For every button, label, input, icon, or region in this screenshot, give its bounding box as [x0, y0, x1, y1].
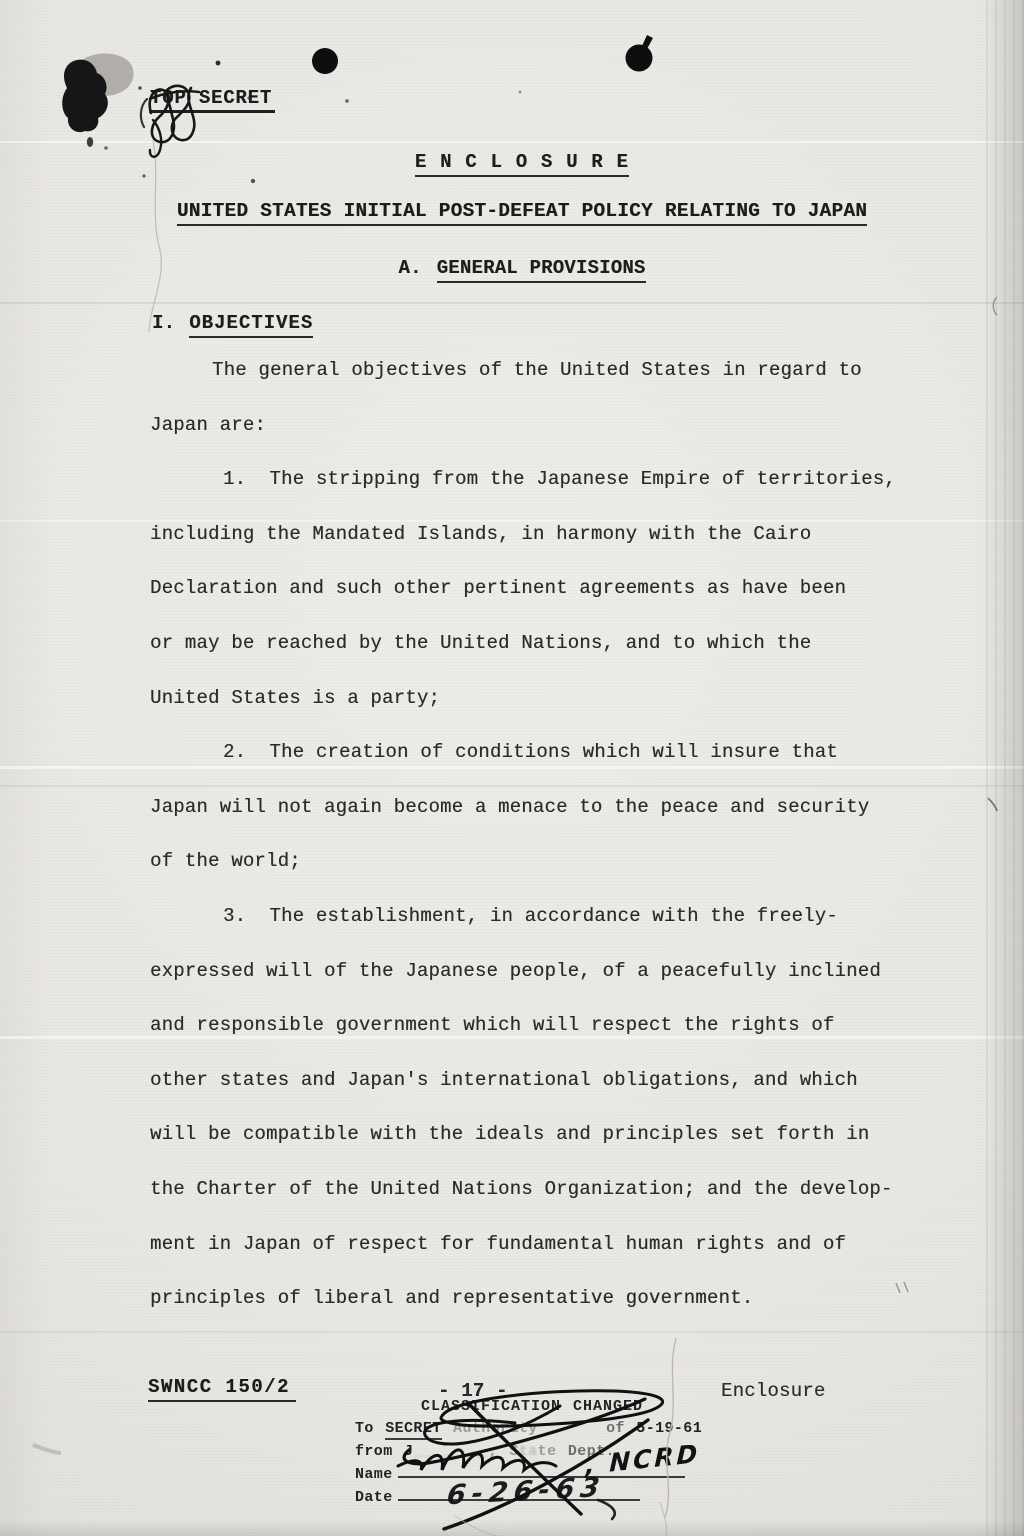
stamp-text-segment: , S: [489, 1443, 519, 1460]
enclosure-heading: E N C L O S U R E: [10, 151, 1024, 173]
enclosure-label: Enclosure: [721, 1380, 825, 1402]
body-line: the Charter of the United Nations Organi…: [150, 1162, 910, 1217]
body-line: and responsible government which will re…: [150, 998, 910, 1053]
right-edge-shadow: [986, 0, 1024, 1536]
stamp-text-segment: ta: [519, 1443, 538, 1460]
hole-punch-nub: [642, 35, 653, 49]
stamp-text-segment: [538, 1420, 606, 1437]
scan-streak: [0, 302, 1024, 304]
section-letter: A.: [398, 257, 421, 279]
body-line: other states and Japan's international o…: [150, 1053, 910, 1108]
section-heading: A.GENERAL PROVISIONS: [10, 257, 1024, 279]
struck-word-top: TOP: [150, 87, 187, 109]
document-number: SWNCC 150/2: [148, 1376, 296, 1402]
stamp-title: CLASSIFICATION CHANGED: [355, 1396, 702, 1418]
stamp-text-segment: 5-19-61: [636, 1420, 702, 1437]
stamp-text-segment: Authority: [442, 1420, 538, 1437]
section-title: GENERAL PROVISIONS: [437, 257, 646, 283]
body-line: or may be reached by the United Nations,…: [150, 616, 910, 671]
stamp-text-segment: SECRET: [385, 1420, 441, 1440]
body-line: 1. The stripping from the Japanese Empir…: [150, 452, 910, 507]
name-label: Name: [355, 1466, 393, 1483]
security-level-label: SECRET: [199, 87, 272, 109]
stamp-text-segment: te: [538, 1443, 568, 1460]
body-line: Japan are:: [150, 398, 910, 453]
ink-blot: [62, 54, 133, 150]
body-line: Declaration and such other pertinent agr…: [150, 561, 910, 616]
scan-streak: [0, 141, 1024, 143]
security-classification-stamp: TOP SECRET: [149, 87, 275, 113]
hole-punch-mark: [312, 48, 338, 74]
body-line: Japan will not again become a menace to …: [150, 780, 910, 835]
body-line: expressed will of the Japanese people, o…: [150, 944, 910, 999]
body-line: The general objectives of the United Sta…: [150, 343, 910, 398]
objectives-title: OBJECTIVES: [189, 312, 313, 338]
stamp-text-segment: of: [606, 1420, 636, 1437]
hole-punch-mark: [626, 45, 653, 72]
body-line: including the Mandated Islands, in harmo…: [150, 507, 910, 562]
body-line: United States is a party;: [150, 671, 910, 726]
stamp-text-segment: ________: [413, 1443, 488, 1460]
objectives-heading: I.OBJECTIVES: [152, 312, 313, 334]
body-line: will be compatible with the ideals and p…: [150, 1107, 910, 1162]
document-title: UNITED STATES INITIAL POST-DEFEAT POLICY…: [10, 200, 1024, 222]
stamp-text-segment: To: [355, 1420, 385, 1437]
stamp-text-segment: from J: [355, 1443, 413, 1460]
stamp-to-line: To SECRET Authority of 5-19-61: [355, 1418, 702, 1440]
scan-streak: [0, 1331, 1024, 1333]
spacer: [187, 87, 199, 109]
body-line: ment in Japan of respect for fundamental…: [150, 1217, 910, 1272]
document-body: The general objectives of the United Sta…: [150, 343, 910, 1326]
scanned-document-page: TOP SECRET E N C L O S U R E UNITED STAT…: [0, 0, 1024, 1536]
objectives-numeral: I.: [152, 312, 175, 334]
body-line: 2. The creation of conditions which will…: [150, 725, 910, 780]
body-line: principles of liberal and representative…: [150, 1271, 910, 1326]
date-label: Date: [355, 1489, 393, 1506]
bottom-edge-shadow: [0, 1520, 1024, 1536]
body-line: 3. The establishment, in accordance with…: [150, 889, 910, 944]
body-line: of the world;: [150, 834, 910, 889]
